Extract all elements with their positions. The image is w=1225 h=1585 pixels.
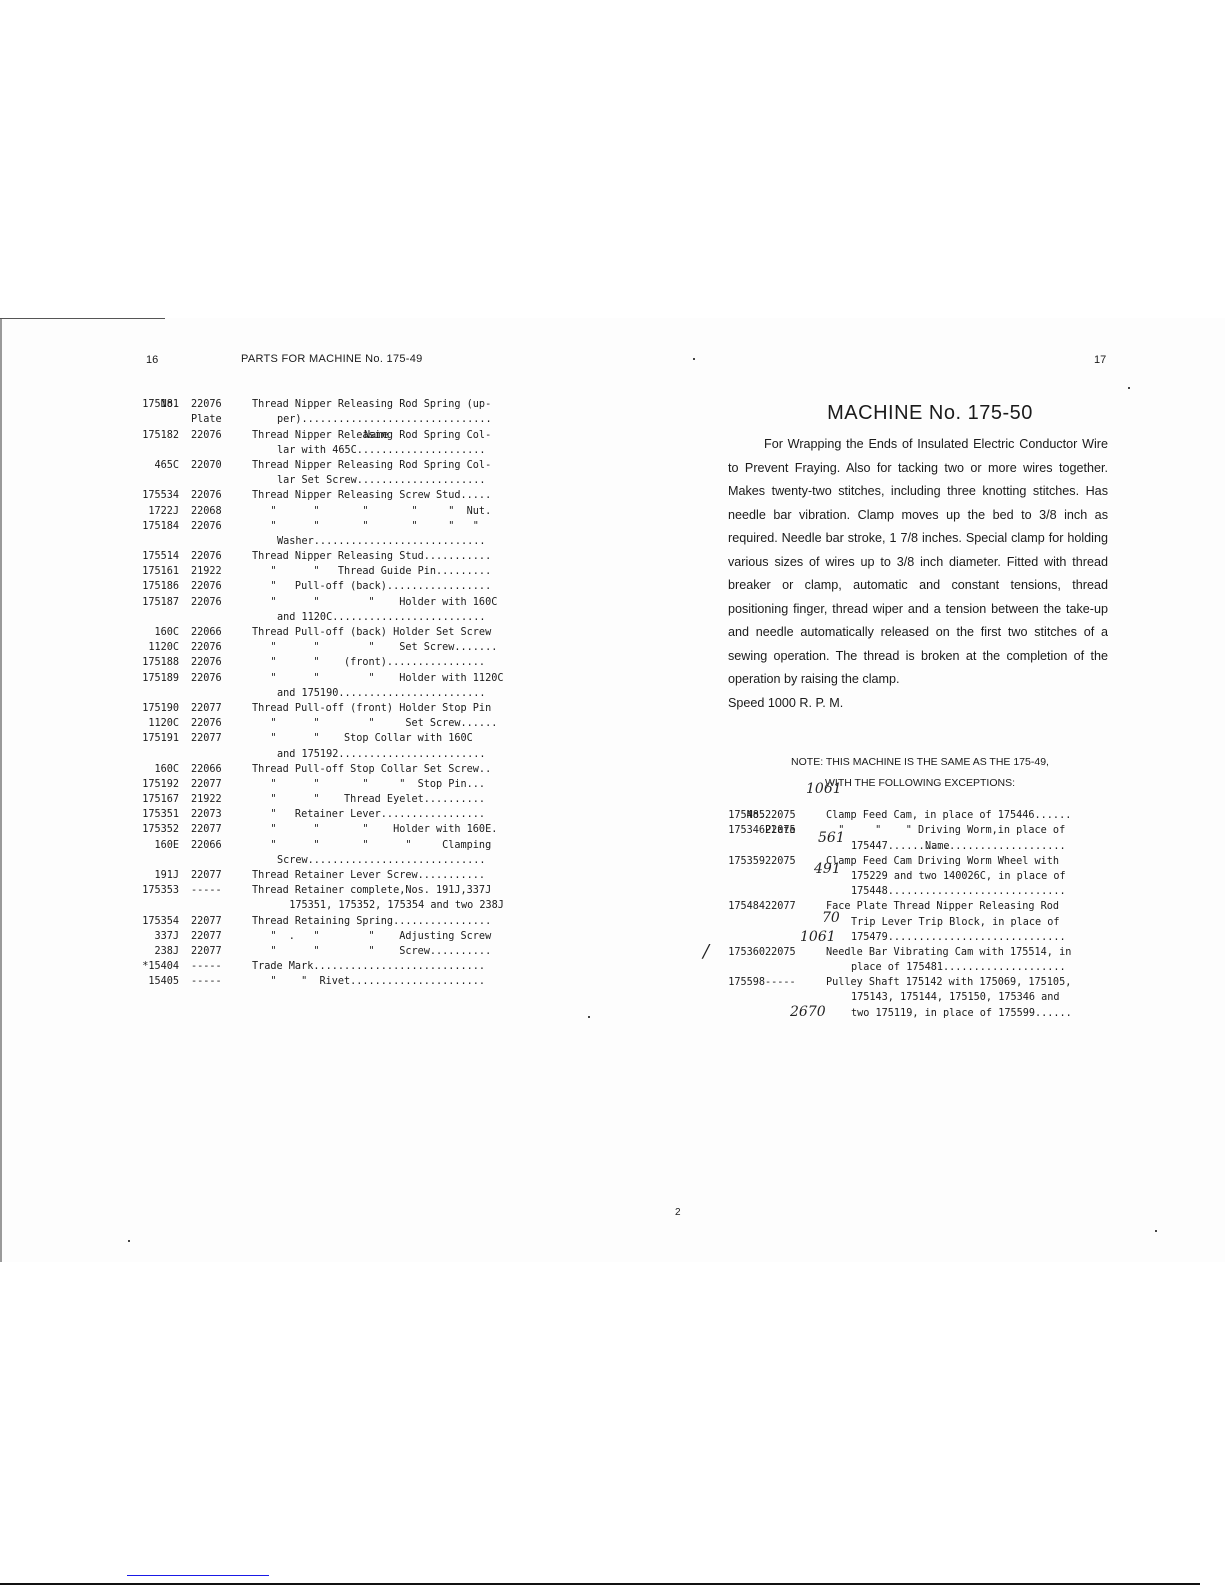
table-row: 160C22066Thread Pull-off (back) Holder S… [119,625,549,640]
table-row: 17519222077 " " " " Stop Pin... [119,777,549,792]
plate-number: 21922 [191,792,222,807]
plate-number: 22076 [191,519,222,534]
plate-number: 22075 [765,945,796,960]
part-number: 175514 [119,549,179,564]
table-row: Trip Lever Trip Block, in place of [705,915,1125,930]
part-number: 191J [119,868,179,883]
part-number: 1120C [119,640,179,655]
part-number: 175346 [705,823,765,838]
table-row: 17536022075Needle Bar Vibrating Cam with… [705,945,1125,960]
part-name: Thread Nipper Releasing Rod Spring (up- [252,397,491,412]
plate-number: 22066 [191,838,222,853]
table-row: 17518722076 " " " Holder with 160C [119,595,549,610]
part-name: " . " " Adjusting Screw [252,929,491,944]
part-number: 175484 [705,899,765,914]
table-row: 175353-----Thread Retainer complete,Nos.… [119,883,549,898]
table-row: 17548522075Clamp Feed Cam, in place of 1… [705,808,1125,823]
plate-number: 22076 [191,655,222,670]
plate-number: 22076 [191,671,222,686]
part-name: Trip Lever Trip Block, in place of [826,915,1060,930]
part-name: " " " Holder with 160E. [252,822,497,837]
table-row: 17518222076Thread Nipper Releasing Rod S… [119,428,549,443]
part-name: Thread Retaining Spring................ [252,914,491,929]
plate-number: 22075 [765,823,796,838]
part-number: 175534 [119,488,179,503]
link-underline [127,1575,269,1576]
part-name: " " " Set Screw....... [252,640,497,655]
part-name: place of 175481.................... [826,960,1066,975]
part-name: " " Thread Eyelet.......... [252,792,485,807]
table-row: 160C22066Thread Pull-off Stop Collar Set… [119,762,549,777]
page-number-right: 17 [1094,354,1106,366]
plate-number: ----- [765,975,796,990]
plate-number: 22076 [191,397,222,412]
part-number: 175352 [119,822,179,837]
part-name: Pulley Shaft 175142 with 175069, 175105, [826,975,1071,990]
plate-number: 22076 [191,640,222,655]
parts-table-left: No. Plate Name 17518122076Thread Nipper … [119,382,549,990]
table-row: 175447............................. [705,839,1125,854]
part-number: 15405 [119,974,179,989]
part-number: 175354 [119,914,179,929]
table-row: 17553422076Thread Nipper Releasing Screw… [119,488,549,503]
plate-number: 22073 [191,807,222,822]
running-head: PARTS FOR MACHINE No. 175-49 [241,353,423,365]
table-row: 17519022077Thread Pull-off (front) Holde… [119,701,549,716]
part-name: Clamp Feed Cam, in place of 175446...... [826,808,1071,823]
part-number: 175353 [119,883,179,898]
plate-number: 22077 [191,929,222,944]
table-row: Washer............................ [119,534,549,549]
part-name: Thread Retainer Lever Screw........... [252,868,485,883]
table-row: 160E22066 " " " " Clamping [119,838,549,853]
part-name: Screw............................. [252,853,486,868]
plate-number: 22076 [191,716,222,731]
part-name: " " " Holder with 1120C [252,671,503,686]
note-line-2: WITH THE FOLLOWING EXCEPTIONS: [740,773,1100,794]
part-name: Thread Nipper Releasing Rod Spring Col- [252,458,491,473]
part-number: 175192 [119,777,179,792]
part-name: " " " " " Nut. [252,504,491,519]
table-row: 17534622075 " " " Driving Worm,in place … [705,823,1125,838]
part-name: Thread Nipper Releasing Rod Spring Col- [252,428,491,443]
table-row: 17535222077 " " " Holder with 160E. [119,822,549,837]
table-row: 17535422077Thread Retaining Spring......… [119,914,549,929]
part-number: 175187 [119,595,179,610]
table-row: 17518122076Thread Nipper Releasing Rod S… [119,397,549,412]
table-row: *15404-----Trade Mark...................… [119,959,549,974]
table-row: 17518622076 " Pull-off (back)...........… [119,579,549,594]
handwritten-note: 491 [814,861,841,877]
part-number: 175485 [705,808,765,823]
part-name: lar Set Screw..................... [252,473,486,488]
part-name: Thread Nipper Releasing Screw Stud..... [252,488,491,503]
part-number: 175188 [119,655,179,670]
note-line-1: NOTE: THIS MACHINE IS THE SAME AS THE 17… [740,752,1100,773]
handwritten-note: 1061 [806,781,842,797]
plate-number: 22077 [191,944,222,959]
part-name: Thread Pull-off (front) Holder Stop Pin [252,701,491,716]
exceptions-note: NOTE: THIS MACHINE IS THE SAME AS THE 17… [740,752,1100,794]
part-name: per)............................... [252,412,492,427]
part-name: Trade Mark............................ [252,959,485,974]
table-row: place of 175481.................... [705,960,1125,975]
part-number: 175167 [119,792,179,807]
plate-number: 22076 [191,549,222,564]
table-row: 337J22077 " . " " Adjusting Screw [119,929,549,944]
part-number: 175184 [119,519,179,534]
part-name: " " Stop Collar with 160C [252,731,473,746]
scan-speck [693,358,695,360]
table-row: 17518422076 " " " " " " [119,519,549,534]
scan-speck [1128,387,1130,389]
part-name: 175351, 175352, 175354 and two 238J [252,898,504,913]
table-row: and 175192........................ [119,747,549,762]
plate-number: 22070 [191,458,222,473]
part-number: 175351 [119,807,179,822]
part-number: 337J [119,929,179,944]
machine-title-text: MACHINE No. 175-50 [760,402,1100,425]
plate-number: 22077 [765,899,796,914]
part-name: " " " Screw.......... [252,944,491,959]
plate-number: ----- [191,974,222,989]
machine-description: For Wrapping the Ends of Insulated Elect… [728,433,1108,715]
plate-number: ----- [191,959,222,974]
plate-number: 22077 [191,822,222,837]
table-row: and 1120C......................... [119,610,549,625]
part-name: Needle Bar Vibrating Cam with 175514, in [826,945,1071,960]
plate-number: 22068 [191,504,222,519]
part-name: " " Thread Guide Pin......... [252,564,491,579]
table-row: two 175119, in place of 175599...... [705,1006,1125,1021]
part-number: 175186 [119,579,179,594]
table-row: 17518922076 " " " Holder with 1120C [119,671,549,686]
part-number: 175181 [119,397,179,412]
plate-number: 22077 [191,914,222,929]
table-row: 175229 and two 140026C, in place of [705,869,1125,884]
table-row: 238J22077 " " " Screw.......... [119,944,549,959]
plate-number: 22075 [765,854,796,869]
plate-number: 22076 [191,488,222,503]
scan-page-number: 2 [675,1207,681,1218]
part-number: 1722J [119,504,179,519]
table-row: 17516721922 " " Thread Eyelet.......... [119,792,549,807]
part-name: and 175190........................ [252,686,486,701]
plate-number: 22076 [191,579,222,594]
table-row: 175479............................. [705,930,1125,945]
table-header: No. Plate Name [705,793,1125,808]
part-name: " " Rivet...................... [252,974,485,989]
plate-number: 22077 [191,868,222,883]
part-number: 238J [119,944,179,959]
part-number: 175598 [705,975,765,990]
speed-text: Speed 1000 R. P. M. [728,692,1108,716]
part-name: 175479............................. [826,930,1066,945]
table-row: 465C22070Thread Nipper Releasing Rod Spr… [119,458,549,473]
table-row: per)............................... [119,412,549,427]
table-row: lar with 465C..................... [119,443,549,458]
part-number: 160E [119,838,179,853]
table-row: 17551422076Thread Nipper Releasing Stud.… [119,549,549,564]
part-number: 175191 [119,731,179,746]
part-name: " Pull-off (back)................. [252,579,491,594]
table-row: 1120C22076 " " " Set Screw....... [119,640,549,655]
part-name: " " (front)................ [252,655,485,670]
part-name: 175143, 175144, 175150, 175346 and [826,990,1060,1005]
part-name: Thread Pull-off Stop Collar Set Screw.. [252,762,491,777]
part-number: 175182 [119,428,179,443]
part-name: Washer............................ [252,534,486,549]
part-number: 175359 [705,854,765,869]
part-name: 175448............................. [826,884,1066,899]
plate-number: 22076 [191,428,222,443]
part-name: " " " " Stop Pin... [252,777,485,792]
table-row: lar Set Screw..................... [119,473,549,488]
part-number: *15404 [119,959,179,974]
plate-number: 22066 [191,762,222,777]
handwritten-note: 70 [822,910,840,926]
scan-speck [588,1016,590,1018]
part-name: Face Plate Thread Nipper Releasing Rod [826,899,1059,914]
part-name: and 1120C......................... [252,610,486,625]
table-row: and 175190........................ [119,686,549,701]
scan-speck [1155,1230,1157,1232]
handwritten-note: 2670 [790,1004,826,1020]
part-name: 175229 and two 140026C, in place of [826,869,1066,884]
part-name: Clamp Feed Cam Driving Worm Wheel with [826,854,1059,869]
table-row: 191J22077Thread Retainer Lever Screw....… [119,868,549,883]
table-row: 17518822076 " " (front)................ [119,655,549,670]
part-name: " " " Driving Worm,in place of [826,823,1065,838]
part-number: 175189 [119,671,179,686]
table-row: 1120C22076 " " " Set Screw...... [119,716,549,731]
table-row: 17519122077 " " Stop Collar with 160C [119,731,549,746]
handwritten-note: 561 [818,830,845,846]
table-row: 175351, 175352, 175354 and two 238J [119,898,549,913]
table-row: 175598-----Pulley Shaft 175142 with 1750… [705,975,1125,990]
handwritten-note: 1061 [800,929,836,945]
part-name: " " " " Clamping [252,838,491,853]
plate-number: 22075 [765,808,796,823]
page-number-left: 16 [146,354,158,366]
parts-table-right: No. Plate Name 17548522075Clamp Feed Cam… [705,793,1125,1021]
part-number: 160C [119,762,179,777]
part-name: lar with 465C..................... [252,443,486,458]
plate-number: 22077 [191,701,222,716]
table-row: 17535922075Clamp Feed Cam Driving Worm W… [705,854,1125,869]
plate-number: 22076 [191,595,222,610]
plate-number: 22066 [191,625,222,640]
plate-number: 22077 [191,731,222,746]
part-name: Thread Pull-off (back) Holder Set Screw [252,625,491,640]
description-text: For Wrapping the Ends of Insulated Elect… [728,433,1108,692]
table-header: No. Plate Name [119,382,549,397]
scan-speck [128,1240,130,1242]
table-row: 1722J22068 " " " " " Nut. [119,504,549,519]
part-number: 175190 [119,701,179,716]
part-name: " " " Holder with 160C [252,595,497,610]
part-name: and 175192........................ [252,747,486,762]
table-row: 175143, 175144, 175150, 175346 and [705,990,1125,1005]
plate-number: 22077 [191,777,222,792]
table-row: 17516121922 " " Thread Guide Pin........… [119,564,549,579]
part-number: 160C [119,625,179,640]
table-row: Screw............................. [119,853,549,868]
part-name: 175447............................. [826,839,1066,854]
table-row: 175448............................. [705,884,1125,899]
part-name: " Retainer Lever................. [252,807,485,822]
part-number: 175360 [705,945,765,960]
part-name: Thread Retainer complete,Nos. 191J,337J [252,883,491,898]
handwritten-check-mark: / [703,941,709,962]
table-row: 17535122073 " Retainer Lever............… [119,807,549,822]
part-name: Thread Nipper Releasing Stud........... [252,549,491,564]
part-name: two 175119, in place of 175599...... [826,1006,1072,1021]
scan-edge [0,318,165,319]
table-row: 17548422077Face Plate Thread Nipper Rele… [705,899,1125,914]
plate-number: 21922 [191,564,222,579]
table-row: 15405----- " " Rivet....................… [119,974,549,989]
part-number: 1120C [119,716,179,731]
part-number: 465C [119,458,179,473]
part-name: " " " Set Screw...... [252,716,497,731]
part-name: " " " " " " [252,519,479,534]
plate-number: ----- [191,883,222,898]
part-number: 175161 [119,564,179,579]
